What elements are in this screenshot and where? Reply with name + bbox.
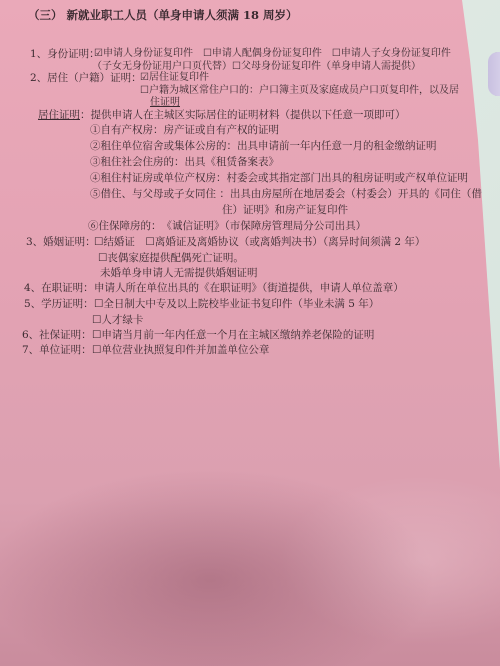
marriage-line2: ☐丧偶家庭提供配偶死亡证明。 [98, 251, 244, 265]
social-security-text: ☐申请当月前一年内任意一个月在主城区缴纳养老保险的证明 [92, 328, 374, 342]
item-3-label: 3、婚姻证明： [26, 235, 96, 249]
item-2-line1: ☑居住证复印件 [140, 71, 209, 85]
employment-text: 申请人所在单位出具的《在职证明》（街道提供，申请人单位盖章） [94, 281, 404, 295]
residence-proof-row: 居住证明：提供申请人在主城区实际居住的证明材料（提供以下任意一项即可） [38, 108, 406, 122]
marriage-line1: ☐结婚证 ☐离婚证及离婚协议（或离婚判决书）（离异时间须满 2 年） [94, 235, 425, 249]
item-5-label: 5、学历证明： [24, 297, 94, 311]
item-1-label: 1、身份证明： [30, 47, 100, 61]
item-2-label: 2、居住（户籍）证明： [30, 71, 142, 85]
marriage-line3: 未婚单身申请人无需提供婚姻证明 [100, 266, 258, 280]
item-6-label: 6、社保证明： [22, 328, 92, 342]
item-2-line2: ☐户籍为城区常住户口的：户口簿主页及家庭成员户口页复印件，以及居 [140, 84, 459, 98]
item-7-label: 7、单位证明： [22, 343, 92, 357]
section-title: （三） 新就业职工人员（单身申请人须满 18 周岁） [28, 8, 298, 22]
residence-option-5: ⑤借住、与父母或子女同住 ：出具由房屋所在地居委会（村委会）开具的《同住（借 [90, 187, 482, 201]
residence-option-1: ①自有产权房：房产证或自有产权的证明 [90, 123, 279, 137]
residence-option-6: ⑥住保障房的： 《诚信证明》（市保障房管理局分公司出具） [88, 219, 366, 233]
education-line1: ☐全日制大中专及以上院校毕业证书复印件（毕业未满 5 年） [94, 297, 379, 311]
residence-proof-intro: ：提供申请人在主城区实际居住的证明材料（提供以下任意一项即可） [80, 109, 406, 121]
education-line2: ☐人才绿卡 [92, 313, 143, 327]
residence-proof-label: 居住证明 [38, 109, 80, 121]
item-1-line1: ☑申请人身份证复印件 ☐申请人配偶身份证复印件 ☐申请人子女身份证复印件 [94, 47, 451, 61]
item-4-label: 4、在职证明： [24, 281, 94, 295]
residence-option-4: ④租住村证房或单位产权房：村委会或其指定部门出具的租房证明或产权单位证明 [90, 171, 468, 185]
residence-option-2: ②租住单位宿舍或集体公房的：出具申请前一年内任意一月的租金缴纳证明 [90, 139, 437, 153]
document-content: （三） 新就业职工人员（单身申请人须满 18 周岁） 1、身份证明： ☑申请人身… [0, 0, 500, 666]
company-text: ☐单位营业执照复印件并加盖单位公章 [92, 343, 269, 357]
residence-option-3: ③租住社会住房的：出具《租赁备案表》 [90, 155, 279, 169]
residence-option-5-cont: 住）证明》和房产证复印件 [222, 203, 348, 217]
